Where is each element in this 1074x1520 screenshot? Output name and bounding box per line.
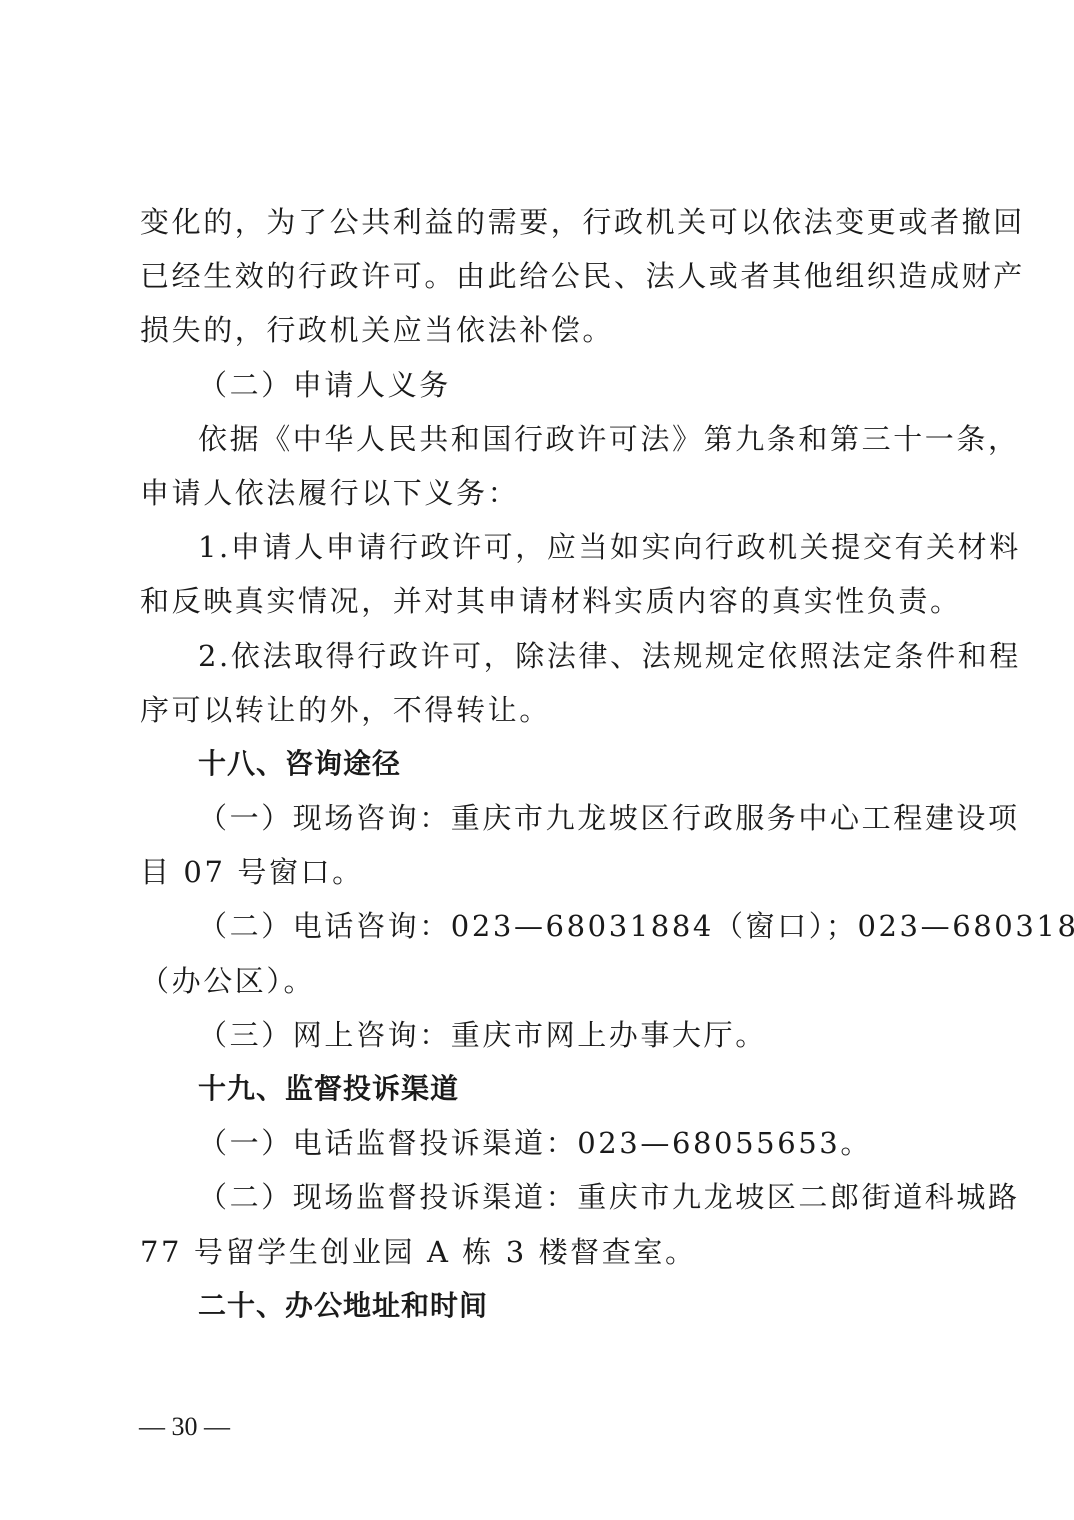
paragraph-line: 依据《中华人民共和国行政许可法》第九条和第三十一条， (140, 412, 940, 466)
paragraph-line: （三）网上咨询：重庆市网上办事大厅。 (140, 1008, 940, 1062)
section-heading-consultation: 十八、咨询途径 (140, 737, 940, 791)
list-item-line: 序可以转让的外，不得转让。 (140, 683, 940, 737)
paragraph-line: 损失的，行政机关应当依法补偿。 (140, 303, 940, 357)
document-body: 变化的，为了公共利益的需要，行政机关可以依法变更或者撤回 已经生效的行政许可。由… (140, 195, 940, 1333)
list-item-line: 和反映真实情况，并对其申请材料实质内容的真实性负责。 (140, 574, 940, 628)
paragraph-line: （二）现场监督投诉渠道：重庆市九龙坡区二郎街道科城路 (140, 1170, 940, 1224)
paragraph-line: 申请人依法履行以下义务： (140, 466, 940, 520)
paragraph-line: （二）电话咨询：023—68031884（窗口）；023—68031856 (140, 899, 940, 953)
section-heading-complaint: 十九、监督投诉渠道 (140, 1062, 940, 1116)
paragraph-line: （一）电话监督投诉渠道：023—68055653。 (140, 1116, 940, 1170)
paragraph-line: （一）现场咨询：重庆市九龙坡区行政服务中心工程建设项 (140, 791, 940, 845)
section-heading-office: 二十、办公地址和时间 (140, 1279, 940, 1333)
paragraph-line: （办公区）。 (140, 954, 940, 1008)
paragraph-line: 已经生效的行政许可。由此给公民、法人或者其他组织造成财产 (140, 249, 940, 303)
page-number: — 30 — (139, 1412, 230, 1442)
subsection-title: （二）申请人义务 (140, 358, 940, 412)
paragraph-line: 目 07 号窗口。 (140, 845, 940, 899)
document-page: 变化的，为了公共利益的需要，行政机关可以依法变更或者撤回 已经生效的行政许可。由… (0, 0, 1074, 1520)
paragraph-line: 77 号留学生创业园 A 栋 3 楼督查室。 (140, 1225, 940, 1279)
paragraph-line: 变化的，为了公共利益的需要，行政机关可以依法变更或者撤回 (140, 195, 940, 249)
list-item-line: 2.依法取得行政许可，除法律、法规规定依照法定条件和程 (140, 629, 940, 683)
list-item-line: 1.申请人申请行政许可，应当如实向行政机关提交有关材料 (140, 520, 940, 574)
